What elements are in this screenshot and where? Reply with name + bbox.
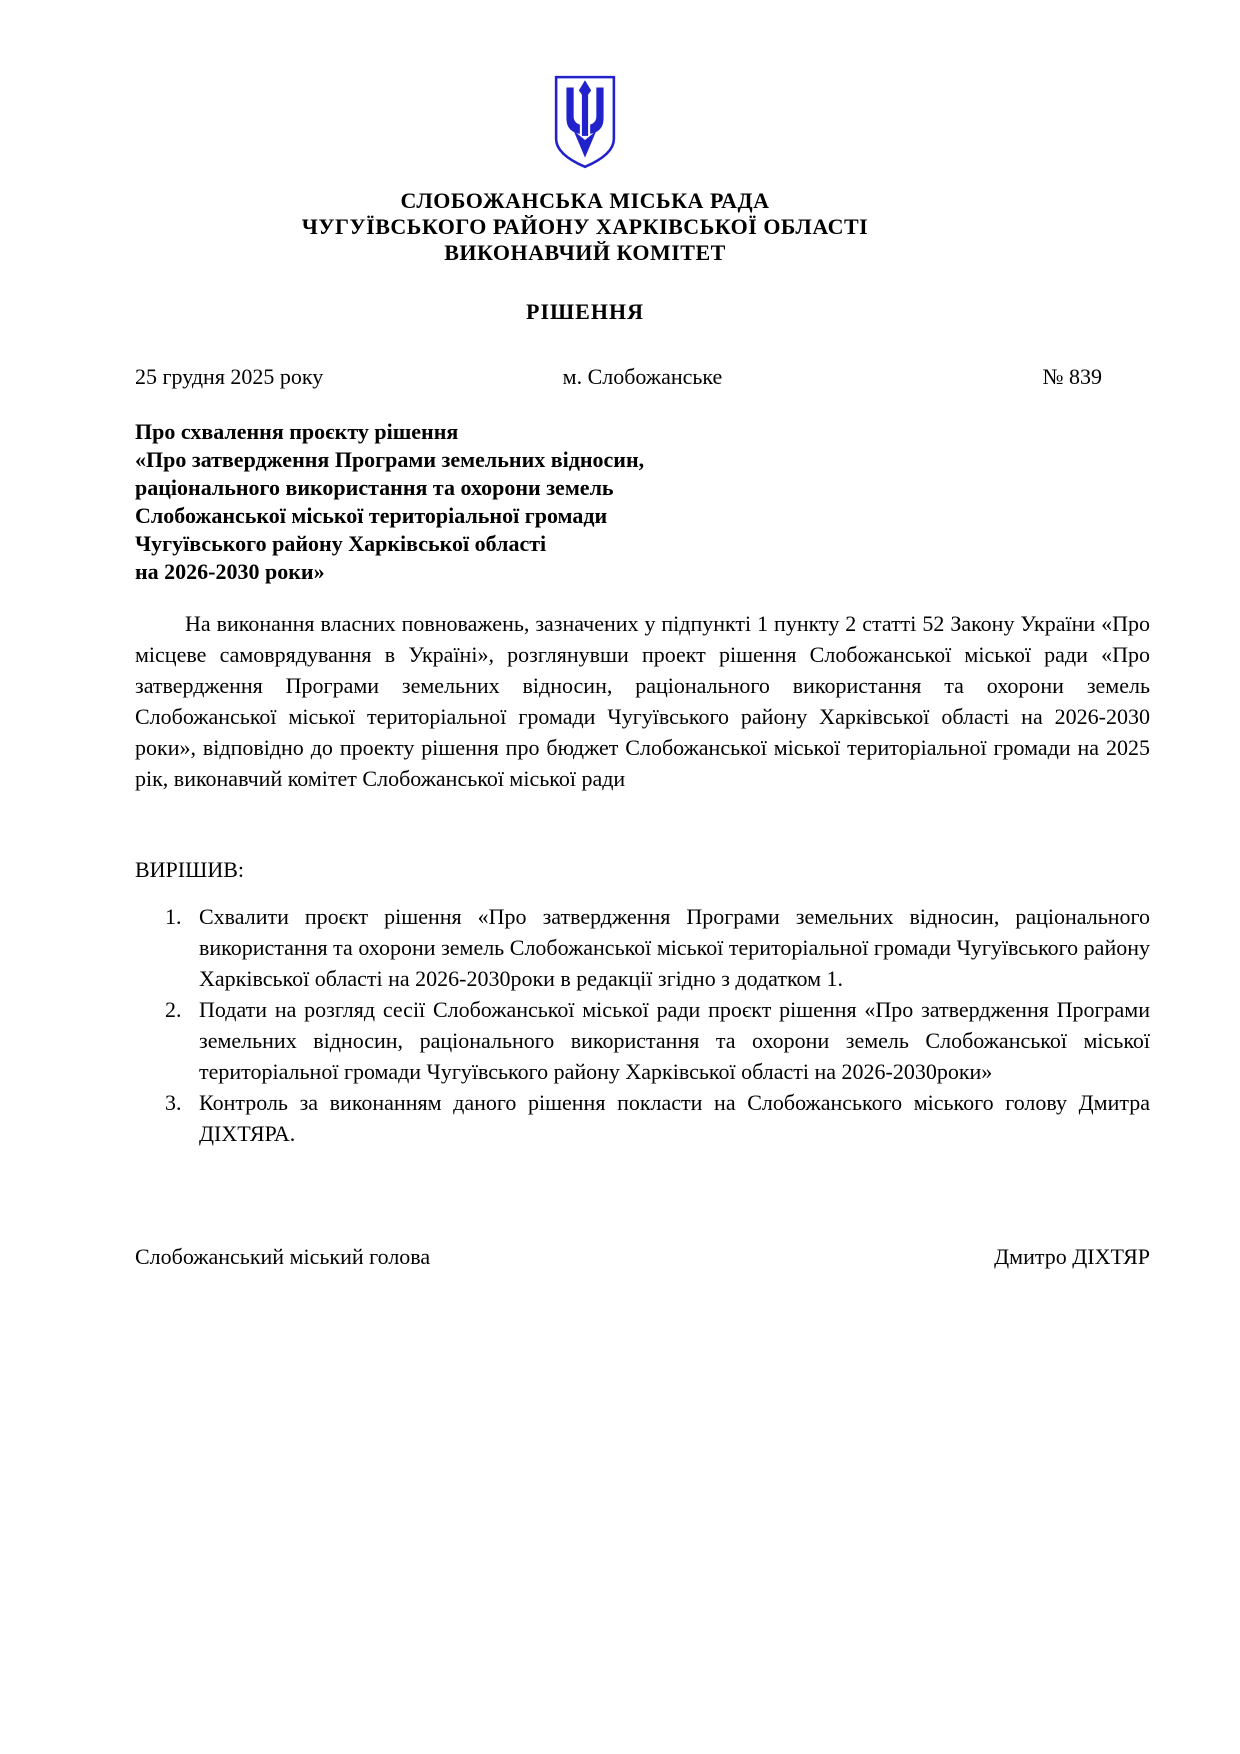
signature-name: Дмитро ДІХТЯР <box>994 1241 1150 1272</box>
resolution-items-list: Схвалити проєкт рішення «Про затвердженн… <box>135 901 1150 1149</box>
meta-row: 25 грудня 2025 року м. Слобожанське № 83… <box>135 361 1150 392</box>
document-type-title: РІШЕННЯ <box>135 296 1035 327</box>
document-place: м. Слобожанське <box>563 361 723 392</box>
resolution-item-2: Подати на розгляд сесії Слобожанської мі… <box>135 994 1150 1087</box>
org-name-line-3: ВИКОНАВЧИЙ КОМІТЕТ <box>135 240 1035 266</box>
org-name-line-1: СЛОБОЖАНСЬКА МІСЬКА РАДА <box>135 188 1035 214</box>
document-number: № 839 <box>1043 361 1103 392</box>
subject-block: Про схвалення проєкту рішення «Про затве… <box>135 418 1150 586</box>
preamble-paragraph: На виконання власних повноважень, зазнач… <box>135 608 1150 794</box>
subject-line: «Про затвердження Програми земельних від… <box>135 446 1150 474</box>
signature-row: Слобожанський міський голова Дмитро ДІХТ… <box>135 1241 1150 1272</box>
subject-line: Слобожанської міської територіальної гро… <box>135 502 1150 530</box>
org-name-line-2: ЧУГУЇВСЬКОГО РАЙОНУ ХАРКІВСЬКОЇ ОБЛАСТІ <box>135 214 1035 240</box>
signature-title: Слобожанський міський голова <box>135 1241 430 1272</box>
resolution-item-1: Схвалити проєкт рішення «Про затвердженн… <box>135 901 1150 994</box>
resolution-item-3: Контроль за виконанням даного рішення по… <box>135 1087 1150 1149</box>
subject-line: раціонального використання та охорони зе… <box>135 474 1150 502</box>
resolved-label: ВИРІШИВ: <box>135 854 1150 885</box>
emblem-container <box>135 75 1035 178</box>
decision-document-page: СЛОБОЖАНСЬКА МІСЬКА РАДА ЧУГУЇВСЬКОГО РА… <box>0 0 1240 1754</box>
subject-line: Про схвалення проєкту рішення <box>135 418 1150 446</box>
trident-emblem-icon <box>552 75 618 170</box>
document-date: 25 грудня 2025 року <box>135 361 323 392</box>
subject-line: Чугуївського району Харківської області <box>135 530 1150 558</box>
subject-line: на 2026-2030 роки» <box>135 558 1150 586</box>
